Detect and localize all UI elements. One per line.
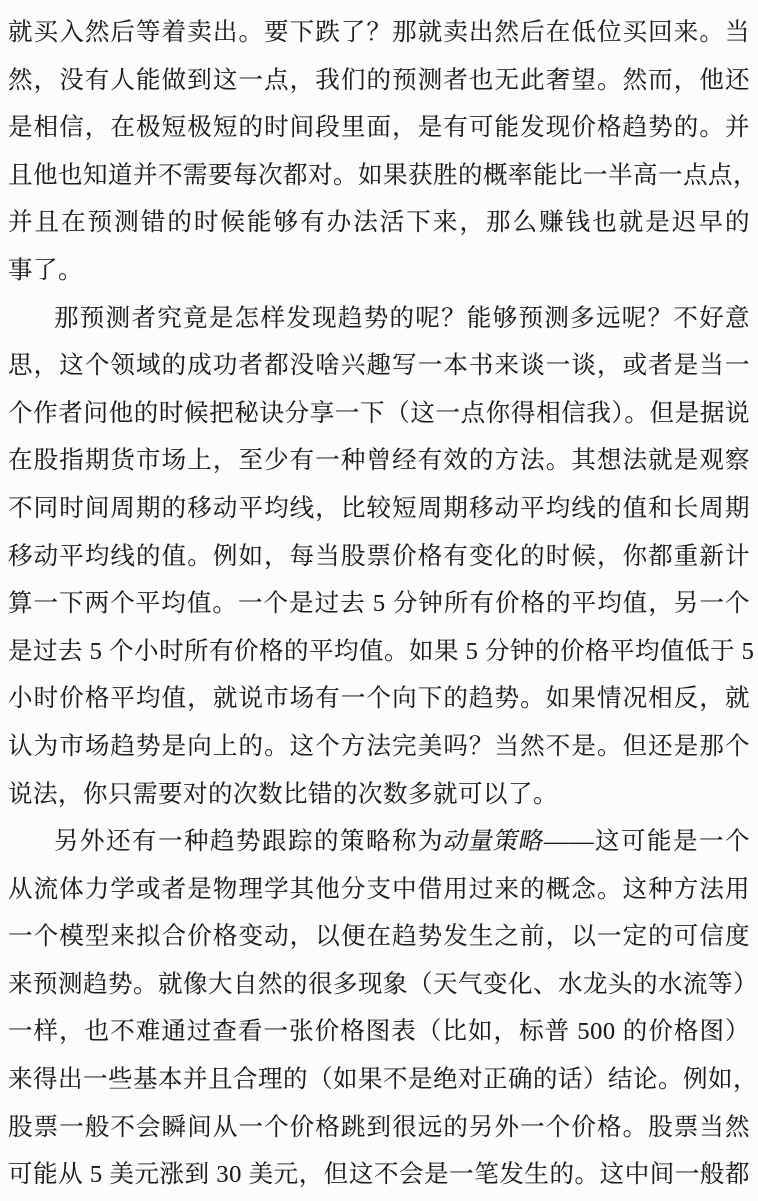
text-segment: 认为市场趋势是向上的。这个方法完美吗？当然不是。但还是那个 [8, 733, 750, 760]
text-column: 就买入然后等着卖出。要下跌了？那就卖出然后在低位买回来。当然，没有人能做到这一点… [8, 9, 750, 1199]
text-line: 不同时间周期的移动平均线，比较短周期移动平均线的值和长周期 [8, 485, 750, 533]
text-line: 说法，你只需要对的次数比错的次数多就可以了。 [8, 771, 750, 819]
text-line: 另外还有一种趋势跟踪的策略称为动量策略——这可能是一个 [8, 818, 750, 866]
text-line: 认为市场趋势是向上的。这个方法完美吗？当然不是。但还是那个 [8, 723, 750, 771]
text-segment: 然，没有人能做到这一点，我们的预测者也无此奢望。然而，他还 [8, 67, 750, 94]
text-line: 可能从 5 美元涨到 30 美元，但这不会是一笔发生的。这中间一般都 [8, 1151, 750, 1199]
text-line: 在股指期货市场上，至少有一种曾经有效的方法。其想法就是观察 [8, 437, 750, 485]
text-segment: 个作者问他的时候把秘诀分享一下（这一点你得相信我）。但是据说 [8, 400, 750, 427]
text-line: 来预测趋势。就像大自然的很多现象（天气变化、水龙头的水流等） [8, 961, 750, 1009]
text-segment: 股票一般不会瞬间从一个价格跳到很远的另外一个价格。股票当然 [8, 1114, 750, 1141]
text-segment: ——这可能是一个 [544, 828, 750, 855]
text-line: 来得出一些基本并且合理的（如果不是绝对正确的话）结论。例如， [8, 1056, 750, 1104]
text-line: 并且在预测错的时候能够有办法活下来，那么赚钱也就是迟早的 [8, 199, 750, 247]
text-line: 移动平均线的值。例如，每当股票价格有变化的时候，你都重新计 [8, 533, 750, 581]
text-segment: 就买入然后等着卖出。要下跌了？那就卖出然后在低位买回来。当 [8, 19, 750, 46]
text-line: 思，这个领域的成功者都没啥兴趣写一本书来谈一谈，或者是当一 [8, 342, 750, 390]
text-line: 就买入然后等着卖出。要下跌了？那就卖出然后在低位买回来。当 [8, 9, 750, 57]
text-segment: 小时价格平均值，就说市场有一个向下的趋势。如果情况相反，就 [8, 685, 750, 712]
text-segment: 不同时间周期的移动平均线，比较短周期移动平均线的值和长周期 [8, 495, 750, 522]
text-line: 算一下两个平均值。一个是过去 5 分钟所有价格的平均值，另一个 [8, 580, 750, 628]
text-line: 那预测者究竟是怎样发现趋势的呢？能够预测多远呢？不好意 [8, 295, 750, 343]
text-segment: 是过去 5 个小时所有价格的平均值。如果 5 分钟的价格平均值低于 5 [8, 638, 754, 665]
text-line: 一样，也不难通过查看一张价格图表（比如，标普 500 的价格图） [8, 1008, 750, 1056]
text-segment: 算一下两个平均值。一个是过去 5 分钟所有价格的平均值，另一个 [8, 590, 750, 617]
text-line: 事了。 [8, 247, 750, 295]
text-segment: 来得出一些基本并且合理的（如果不是绝对正确的话）结论。例如， [8, 1066, 758, 1093]
text-segment: 那预测者究竟是怎样发现趋势的呢？能够预测多远呢？不好意 [54, 305, 750, 332]
book-page: 就买入然后等着卖出。要下跌了？那就卖出然后在低位买回来。当然，没有人能做到这一点… [0, 0, 758, 1201]
text-line: 个作者问他的时候把秘诀分享一下（这一点你得相信我）。但是据说 [8, 390, 750, 438]
text-line: 股票一般不会瞬间从一个价格跳到很远的另外一个价格。股票当然 [8, 1104, 750, 1152]
text-line: 是过去 5 个小时所有价格的平均值。如果 5 分钟的价格平均值低于 5 [8, 628, 750, 676]
text-line: 且他也知道并不需要每次都对。如果获胜的概率能比一半高一点点， [8, 152, 750, 200]
text-line: 一个模型来拟合价格变动，以便在趋势发生之前，以一定的可信度 [8, 913, 750, 961]
text-segment: 可能从 5 美元涨到 30 美元，但这不会是一笔发生的。这中间一般都 [8, 1161, 750, 1188]
text-segment: 并且在预测错的时候能够有办法活下来，那么赚钱也就是迟早的 [8, 209, 750, 236]
text-segment: 是相信，在极短极短的时间段里面，是有可能发现价格趋势的。并 [8, 114, 750, 141]
text-segment: 说法，你只需要对的次数比错的次数多就可以了。 [8, 781, 558, 808]
text-segment: 思，这个领域的成功者都没啥兴趣写一本书来谈一谈，或者是当一 [8, 352, 750, 379]
text-line: 小时价格平均值，就说市场有一个向下的趋势。如果情况相反，就 [8, 675, 750, 723]
text-line: 是相信，在极短极短的时间段里面，是有可能发现价格趋势的。并 [8, 104, 750, 152]
text-segment: 另外还有一种趋势跟踪的策略称为 [54, 828, 444, 855]
text-line: 然，没有人能做到这一点，我们的预测者也无此奢望。然而，他还 [8, 57, 750, 105]
text-segment: 一个模型来拟合价格变动，以便在趋势发生之前，以一定的可信度 [8, 923, 750, 950]
text-segment: 在股指期货市场上，至少有一种曾经有效的方法。其想法就是观察 [8, 447, 750, 474]
text-segment: 事了。 [8, 257, 83, 284]
emphasized-term: 动量策略 [439, 818, 548, 866]
text-segment: 从流体力学或者是物理学其他分支中借用过来的概念。这种方法用 [8, 876, 750, 903]
text-segment: 且他也知道并不需要每次都对。如果获胜的概率能比一半高一点点， [8, 162, 758, 189]
text-segment: 移动平均线的值。例如，每当股票价格有变化的时候，你都重新计 [8, 543, 750, 570]
text-segment: 来预测趋势。就像大自然的很多现象（天气变化、水龙头的水流等） [8, 971, 758, 998]
text-segment: 一样，也不难通过查看一张价格图表（比如，标普 500 的价格图） [8, 1018, 750, 1045]
text-line: 从流体力学或者是物理学其他分支中借用过来的概念。这种方法用 [8, 866, 750, 914]
